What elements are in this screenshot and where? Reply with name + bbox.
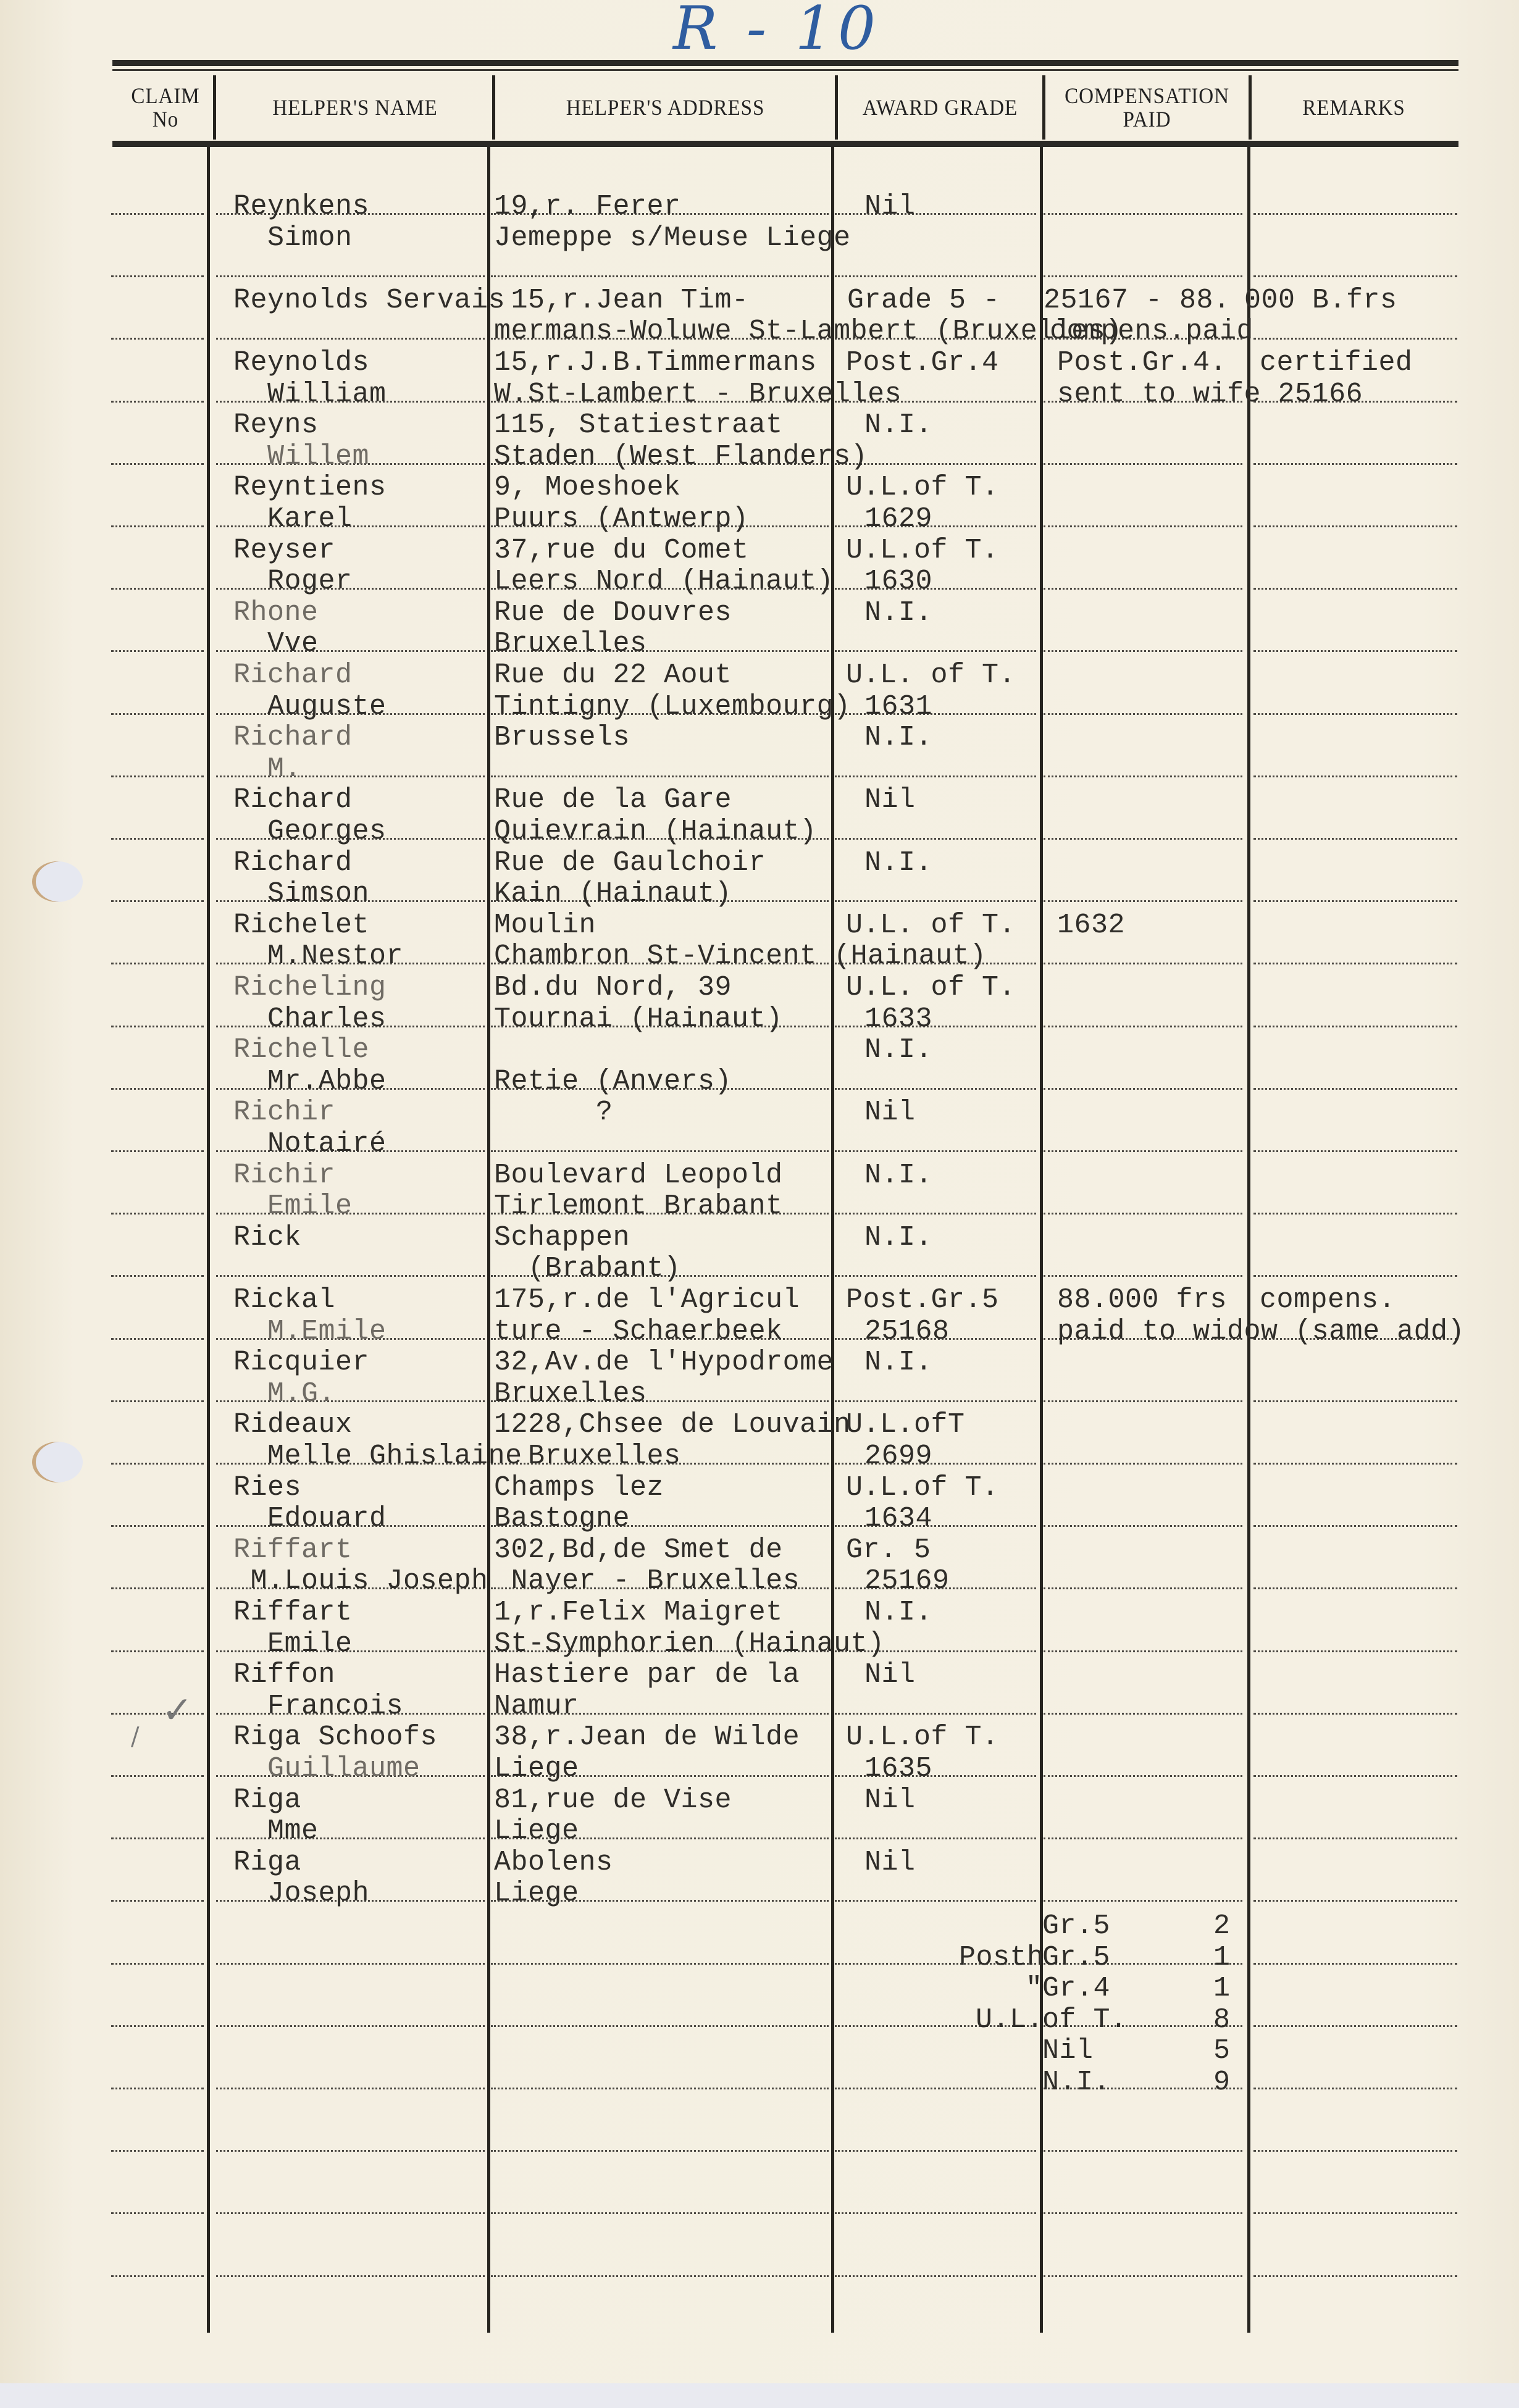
cell-name: Emile bbox=[233, 1191, 353, 1222]
row-ruling bbox=[835, 1213, 1036, 1214]
row-ruling bbox=[1253, 2150, 1457, 2152]
row-ruling bbox=[111, 213, 204, 215]
cell-address: Abolens bbox=[494, 1847, 613, 1878]
cell-address: Moulin bbox=[494, 910, 596, 941]
summary-count: 8 bbox=[1213, 2005, 1231, 2036]
cell-grade: N.I. bbox=[864, 598, 932, 629]
row-ruling bbox=[491, 2150, 829, 2152]
row-ruling bbox=[1253, 1963, 1457, 1965]
cell-address: Liege bbox=[494, 1754, 579, 1784]
cell-grade: Grade 5 - bbox=[847, 285, 1000, 316]
cell-address: Namur bbox=[494, 1691, 579, 1722]
row-ruling bbox=[1253, 1650, 1457, 1652]
row-ruling bbox=[1253, 650, 1457, 652]
cell-address: Rue du 22 Aout bbox=[494, 660, 732, 691]
cell-grade: N.I. bbox=[864, 1160, 932, 1191]
row-ruling bbox=[1044, 1900, 1242, 1902]
header-column-divider bbox=[213, 75, 216, 140]
cell-address: Champs lez bbox=[494, 1473, 664, 1503]
cell-grade: 1633 bbox=[864, 1004, 932, 1035]
cell-grade: Nil bbox=[864, 1785, 916, 1816]
cell-grade: 1635 bbox=[864, 1754, 932, 1784]
cell-address: Brussels bbox=[494, 722, 630, 753]
row-ruling bbox=[835, 2150, 1036, 2152]
row-ruling bbox=[111, 2150, 204, 2152]
row-ruling bbox=[1253, 1150, 1457, 1152]
row-ruling bbox=[216, 2212, 485, 2214]
row-ruling bbox=[1253, 1525, 1457, 1527]
row-ruling bbox=[111, 275, 204, 277]
header-helpers-name: HELPER'S NAME bbox=[227, 77, 483, 139]
row-ruling bbox=[1044, 1463, 1242, 1465]
cell-name: Mme bbox=[233, 1816, 319, 1847]
row-ruling bbox=[1253, 1088, 1457, 1090]
cell-name: Charles bbox=[233, 1004, 387, 1035]
row-ruling bbox=[111, 1963, 204, 1965]
cell-grade: N.I. bbox=[864, 1035, 932, 1066]
cell-address: Bruxelles bbox=[494, 629, 647, 659]
column-divider bbox=[207, 147, 210, 2333]
row-ruling bbox=[111, 1213, 204, 1214]
row-ruling bbox=[1044, 275, 1242, 277]
cell-remarks: compens. bbox=[1260, 1285, 1396, 1316]
row-ruling bbox=[1253, 588, 1457, 590]
cell-grade: N.I. bbox=[864, 1597, 932, 1628]
row-ruling bbox=[111, 1525, 204, 1527]
punch-hole bbox=[32, 861, 83, 902]
header-column-divider bbox=[1249, 75, 1252, 140]
cell-comp: paid to widow (same add) bbox=[1057, 1316, 1465, 1347]
row-ruling bbox=[491, 2212, 829, 2214]
header-award-grade: AWARD GRADE bbox=[845, 77, 1035, 139]
cell-name: Guillaume bbox=[233, 1754, 421, 1784]
row-ruling bbox=[1253, 1900, 1457, 1902]
row-ruling bbox=[835, 2088, 1036, 2089]
column-divider bbox=[487, 147, 490, 2333]
cell-name: Ricquier bbox=[233, 1347, 369, 1378]
cell-address: Rue de la Gare bbox=[494, 785, 732, 816]
cell-name: Willem bbox=[233, 441, 369, 472]
header-remarks: REMARKS bbox=[1258, 77, 1449, 139]
cell-address: 19,r. Ferer bbox=[494, 191, 681, 222]
row-ruling bbox=[1044, 900, 1242, 902]
cell-name: Reynolds bbox=[233, 348, 369, 378]
row-ruling bbox=[216, 275, 485, 277]
cell-address: Leers Nord (Hainaut) bbox=[494, 566, 834, 597]
row-ruling bbox=[835, 1088, 1036, 1090]
row-ruling bbox=[1044, 775, 1242, 777]
cell-name: Riffart bbox=[233, 1535, 353, 1566]
row-ruling bbox=[1253, 2088, 1457, 2089]
row-ruling bbox=[1044, 2150, 1242, 2152]
cell-grade: 1634 bbox=[864, 1503, 932, 1534]
cell-name: Richard bbox=[233, 848, 353, 879]
cell-address: Chambron St-Vincent (Hainaut) bbox=[494, 941, 987, 972]
cell-grade: N.I. bbox=[864, 410, 932, 441]
cell-name: M. bbox=[233, 754, 301, 785]
cell-grade: U.L. of T. bbox=[846, 972, 1016, 1003]
cell-grade: 2699 bbox=[864, 1441, 932, 1472]
row-ruling bbox=[111, 1338, 204, 1340]
cell-name: Riga Schoofs bbox=[233, 1722, 437, 1753]
cell-address: Bruxelles bbox=[494, 1441, 681, 1472]
row-ruling bbox=[216, 2150, 485, 2152]
summary-count: 5 bbox=[1213, 2036, 1231, 2067]
summary-label: Gr.5 bbox=[1042, 1911, 1110, 1942]
summary-count: 1 bbox=[1213, 1973, 1231, 2004]
row-ruling bbox=[1044, 1088, 1242, 1090]
cell-address: 37,rue du Comet bbox=[494, 535, 749, 566]
cell-grade: Post.Gr.4 bbox=[846, 348, 999, 378]
row-ruling bbox=[1253, 900, 1457, 902]
punch-hole bbox=[32, 1442, 83, 1482]
row-ruling bbox=[1044, 713, 1242, 715]
row-ruling bbox=[1044, 1213, 1242, 1214]
row-ruling bbox=[1253, 2275, 1457, 2277]
cell-name: Ries bbox=[233, 1473, 301, 1503]
row-ruling bbox=[491, 2275, 829, 2277]
row-ruling bbox=[111, 650, 204, 652]
row-ruling bbox=[491, 1963, 829, 1965]
cell-address: 175,r.de l'Agricul bbox=[494, 1285, 800, 1316]
row-ruling bbox=[1253, 2025, 1457, 2027]
row-ruling bbox=[111, 1026, 204, 1027]
row-ruling bbox=[1253, 525, 1457, 527]
row-ruling bbox=[491, 775, 829, 777]
row-ruling bbox=[111, 1150, 204, 1152]
row-ruling bbox=[835, 1713, 1036, 1715]
cell-address: Retie (Anvers) bbox=[494, 1066, 732, 1097]
cell-grade: U.L.ofT bbox=[846, 1410, 965, 1440]
row-ruling bbox=[1044, 2212, 1242, 2214]
cell-address: 9, Moeshoek bbox=[494, 472, 681, 503]
cell-name: Richard bbox=[233, 660, 353, 691]
cell-name: Rick bbox=[233, 1223, 301, 1253]
row-ruling bbox=[111, 1775, 204, 1777]
cell-address: mermans-Woluwe St-Lambert (Bruxelles) bbox=[494, 316, 1123, 347]
row-ruling bbox=[835, 1900, 1036, 1902]
summary-label: of T. bbox=[1042, 2005, 1128, 2036]
column-divider bbox=[831, 147, 834, 2333]
row-ruling bbox=[216, 2275, 485, 2277]
summary-prefix: " bbox=[1026, 1973, 1043, 2004]
cell-name: William bbox=[233, 379, 387, 410]
row-ruling bbox=[835, 1837, 1036, 1839]
cell-address: 1,r.Felix Maigret bbox=[494, 1597, 783, 1628]
row-ruling bbox=[1044, 1275, 1242, 1277]
cell-address: Bd.du Nord, 39 bbox=[494, 972, 732, 1003]
cell-name: M.Nestor bbox=[233, 941, 403, 972]
summary-count: 1 bbox=[1213, 1942, 1231, 1973]
cell-name: Notairé bbox=[233, 1129, 387, 1160]
row-ruling bbox=[1253, 1275, 1457, 1277]
cell-name: Richard bbox=[233, 722, 353, 753]
row-ruling bbox=[1044, 1713, 1242, 1715]
cell-name: Riffart bbox=[233, 1597, 353, 1628]
cell-grade: Nil bbox=[864, 1097, 916, 1128]
cell-name: Richelle bbox=[233, 1035, 369, 1066]
cell-address: Liege bbox=[494, 1878, 579, 1909]
row-ruling bbox=[1253, 1587, 1457, 1589]
cell-grade: 1631 bbox=[864, 692, 932, 722]
row-ruling bbox=[1253, 838, 1457, 840]
cell-remarks: 000 B.frs bbox=[1244, 285, 1397, 316]
row-ruling bbox=[835, 900, 1036, 902]
cell-address: Boulevard Leopold bbox=[494, 1160, 783, 1191]
header-bottom-rule bbox=[112, 141, 1458, 147]
row-ruling bbox=[1253, 1213, 1457, 1214]
row-ruling bbox=[491, 2088, 829, 2089]
cell-grade: U.L. of T. bbox=[846, 660, 1016, 691]
summary-label: N.I. bbox=[1042, 2067, 1110, 2098]
cell-grade: U.L.of T. bbox=[846, 1722, 999, 1753]
cell-address: Bastogne bbox=[494, 1503, 630, 1534]
row-ruling bbox=[111, 463, 204, 465]
row-ruling bbox=[1253, 1463, 1457, 1465]
row-ruling bbox=[1044, 838, 1242, 840]
row-ruling bbox=[1253, 1400, 1457, 1402]
cell-comp: 25167 - 88. bbox=[1044, 285, 1231, 316]
cell-address: 302,Bd,de Smet de bbox=[494, 1535, 783, 1566]
cell-name: Melle Ghislaine bbox=[233, 1441, 522, 1472]
row-ruling bbox=[835, 838, 1036, 840]
cell-address: Quievrain (Hainaut) bbox=[494, 816, 817, 847]
row-ruling bbox=[835, 2275, 1036, 2277]
row-ruling bbox=[1253, 463, 1457, 465]
row-ruling bbox=[111, 2025, 204, 2027]
summary-prefix: Posth bbox=[959, 1942, 1044, 1973]
cell-name: Mr.Abbe bbox=[233, 1066, 387, 1097]
cell-name: Roger bbox=[233, 566, 353, 597]
scan-background bbox=[0, 2383, 1519, 2408]
cell-address: 81,rue de Vise bbox=[494, 1785, 732, 1816]
cell-grade: U.L.of T. bbox=[846, 1473, 999, 1503]
cell-comp: sent to wife 25166 bbox=[1057, 379, 1363, 410]
cell-comp: compens.paid bbox=[1050, 316, 1253, 347]
cell-grade: N.I. bbox=[864, 848, 932, 879]
row-ruling bbox=[111, 2088, 204, 2089]
cell-address: Kain (Hainaut) bbox=[494, 879, 732, 909]
cell-name: Simon bbox=[233, 223, 353, 254]
cell-name: Reynkens bbox=[233, 191, 369, 222]
cell-name: Reyns bbox=[233, 410, 319, 441]
row-ruling bbox=[1253, 963, 1457, 964]
row-ruling bbox=[491, 275, 829, 277]
cell-address: Nayer - Bruxelles bbox=[494, 1566, 800, 1597]
row-ruling bbox=[1044, 463, 1242, 465]
cell-name: Vve bbox=[233, 629, 319, 659]
cell-address: Puurs (Antwerp) bbox=[494, 504, 749, 535]
cell-address: Tintigny (Luxembourg) bbox=[494, 692, 851, 722]
cell-name: Simson bbox=[233, 879, 369, 909]
cell-grade: U.L. of T. bbox=[846, 910, 1016, 941]
row-ruling bbox=[835, 2212, 1036, 2214]
row-ruling bbox=[1253, 275, 1457, 277]
row-ruling bbox=[1044, 525, 1242, 527]
row-ruling bbox=[111, 588, 204, 590]
row-ruling bbox=[835, 1150, 1036, 1152]
cell-name: Richelet bbox=[233, 910, 369, 941]
row-ruling bbox=[1044, 1775, 1242, 1777]
row-ruling bbox=[1044, 213, 1242, 215]
cell-remarks: certified bbox=[1260, 348, 1413, 378]
cell-name: Riga bbox=[233, 1847, 301, 1878]
row-ruling bbox=[111, 2212, 204, 2214]
cell-grade: 25169 bbox=[864, 1566, 950, 1597]
row-ruling bbox=[1253, 1026, 1457, 1027]
row-ruling bbox=[111, 900, 204, 902]
row-ruling bbox=[111, 525, 204, 527]
row-ruling bbox=[216, 2025, 485, 2027]
cell-grade: 1630 bbox=[864, 566, 932, 597]
cell-address: ture - Schaerbeek bbox=[494, 1316, 783, 1347]
row-ruling bbox=[1253, 1713, 1457, 1715]
cell-address: Rue de Gaulchoir bbox=[494, 848, 766, 879]
cell-address: 15,r.Jean Tim- bbox=[494, 285, 749, 316]
cell-grade: U.L.of T. bbox=[846, 472, 999, 503]
row-ruling bbox=[1253, 1837, 1457, 1839]
row-ruling bbox=[216, 1275, 485, 1277]
cell-address: 15,r.J.B.Timmermans bbox=[494, 348, 817, 378]
cell-address: W.St-Lambert - Bruxelles bbox=[494, 379, 902, 410]
cell-comp: 1632 bbox=[1057, 910, 1125, 941]
row-ruling bbox=[111, 1900, 204, 1902]
pencil-mark: / bbox=[131, 1723, 139, 1751]
row-ruling bbox=[1253, 1775, 1457, 1777]
cell-address: St-Symphorien (Hainaut) bbox=[494, 1629, 885, 1660]
header-claim-no: CLAIM No bbox=[120, 77, 211, 139]
cell-name: Karel bbox=[233, 504, 353, 535]
cell-address: Schappen bbox=[494, 1223, 630, 1253]
row-ruling bbox=[491, 2025, 829, 2027]
cell-address: Jemeppe s/Meuse Liege bbox=[494, 223, 851, 254]
row-ruling bbox=[1044, 1837, 1242, 1839]
row-ruling bbox=[835, 775, 1036, 777]
row-ruling bbox=[111, 775, 204, 777]
cell-address: 32,Av.de l'Hypodrome bbox=[494, 1347, 834, 1378]
cell-name: Reynolds Servais bbox=[233, 285, 505, 316]
row-ruling bbox=[111, 338, 204, 340]
header-compensation-paid: COMPENSATION PAID bbox=[1052, 77, 1242, 139]
summary-label: Gr.5 bbox=[1042, 1942, 1110, 1973]
cell-name: Riga bbox=[233, 1785, 301, 1816]
row-ruling bbox=[835, 650, 1036, 652]
row-ruling bbox=[111, 1463, 204, 1465]
cell-address: Staden (West Flanders) bbox=[494, 441, 868, 472]
checkmark-icon: ✓ bbox=[162, 1689, 193, 1732]
cell-grade: Nil bbox=[864, 785, 916, 816]
cell-name: M.Louis Joseph bbox=[233, 1566, 488, 1597]
cell-address: Bruxelles bbox=[494, 1379, 647, 1410]
cell-address: 1228,Chsee de Louvain bbox=[494, 1410, 851, 1440]
row-ruling bbox=[1253, 2212, 1457, 2214]
cell-name: Francois bbox=[233, 1691, 403, 1722]
cell-name: Georges bbox=[233, 816, 387, 847]
row-ruling bbox=[1044, 650, 1242, 652]
cell-grade: U.L.of T. bbox=[846, 535, 999, 566]
handwritten-file-label: R - 10 bbox=[673, 0, 881, 63]
summary-prefix: U.L. bbox=[976, 2005, 1044, 2036]
row-ruling bbox=[835, 275, 1036, 277]
cell-grade: N.I. bbox=[864, 1223, 932, 1253]
row-ruling bbox=[111, 838, 204, 840]
row-ruling bbox=[1044, 1525, 1242, 1527]
cell-address: 115, Statiestraat bbox=[494, 410, 783, 441]
row-ruling bbox=[1044, 1400, 1242, 1402]
row-ruling bbox=[1044, 963, 1242, 964]
row-ruling bbox=[111, 1400, 204, 1402]
row-ruling bbox=[1044, 2275, 1242, 2277]
cell-grade: Nil bbox=[864, 191, 916, 222]
row-ruling bbox=[111, 1837, 204, 1839]
cell-name: Reyntiens bbox=[233, 472, 387, 503]
row-ruling bbox=[111, 1650, 204, 1652]
cell-address: Tournai (Hainaut) bbox=[494, 1004, 783, 1035]
cell-name: Rhone bbox=[233, 598, 319, 629]
row-ruling bbox=[1253, 775, 1457, 777]
header-top-rule bbox=[112, 60, 1458, 66]
cell-name: Auguste bbox=[233, 692, 387, 722]
row-ruling bbox=[111, 2275, 204, 2277]
cell-grade: 25168 bbox=[864, 1316, 950, 1347]
cell-address: Rue de Douvres bbox=[494, 598, 732, 629]
cell-name: Emile bbox=[233, 1629, 353, 1660]
row-ruling bbox=[111, 1088, 204, 1090]
header-helpers-address: HELPER'S ADDRESS bbox=[508, 77, 823, 139]
row-ruling bbox=[111, 713, 204, 715]
cell-address: ? bbox=[494, 1097, 613, 1128]
cell-grade: N.I. bbox=[864, 1347, 932, 1378]
cell-name: Rideaux bbox=[233, 1410, 353, 1440]
cell-grade: 1629 bbox=[864, 504, 932, 535]
column-divider bbox=[1247, 147, 1250, 2333]
cell-grade: Nil bbox=[864, 1847, 916, 1878]
row-ruling bbox=[1044, 1650, 1242, 1652]
row-ruling bbox=[1253, 338, 1457, 340]
row-ruling bbox=[1044, 1026, 1242, 1027]
cell-address: Hastiere par de la bbox=[494, 1660, 800, 1691]
row-ruling bbox=[835, 1275, 1036, 1277]
cell-address: Tirlemont Brabant bbox=[494, 1191, 783, 1222]
row-ruling bbox=[111, 963, 204, 964]
cell-grade: Post.Gr.5 bbox=[846, 1285, 999, 1316]
cell-address: (Brabant) bbox=[494, 1253, 681, 1284]
cell-name: Richir bbox=[233, 1097, 335, 1128]
row-ruling bbox=[1044, 1150, 1242, 1152]
row-ruling bbox=[1253, 713, 1457, 715]
row-ruling bbox=[216, 2088, 485, 2089]
row-ruling bbox=[1044, 1587, 1242, 1589]
summary-count: 9 bbox=[1213, 2067, 1231, 2098]
cell-name: Joseph bbox=[233, 1878, 369, 1909]
cell-grade: Gr. 5 bbox=[846, 1535, 931, 1566]
cell-grade: Nil bbox=[864, 1660, 916, 1691]
row-ruling bbox=[1044, 588, 1242, 590]
cell-comp: Post.Gr.4. bbox=[1057, 348, 1227, 378]
cell-grade: N.I. bbox=[864, 722, 932, 753]
cell-name: M.G. bbox=[233, 1379, 335, 1410]
row-ruling bbox=[835, 1400, 1036, 1402]
cell-name: Reyser bbox=[233, 535, 335, 566]
row-ruling bbox=[111, 1275, 204, 1277]
cell-name: Edouard bbox=[233, 1503, 387, 1534]
row-ruling bbox=[216, 338, 485, 340]
header-column-divider bbox=[492, 75, 495, 140]
cell-name: M.Emile bbox=[233, 1316, 387, 1347]
cell-name: Riffon bbox=[233, 1660, 335, 1691]
summary-label: Nil bbox=[1042, 2036, 1094, 2067]
cell-name: Richard bbox=[233, 785, 353, 816]
